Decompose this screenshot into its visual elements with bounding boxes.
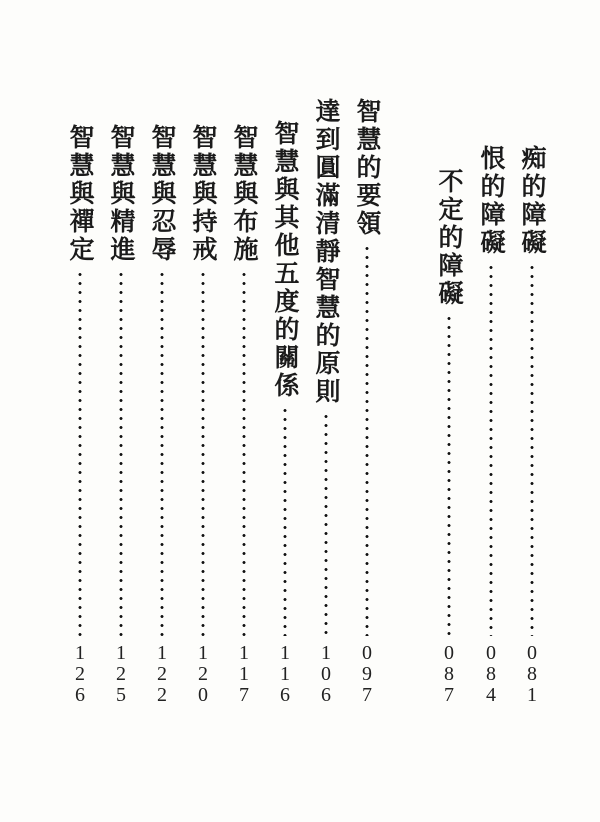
dot-leader	[489, 263, 493, 636]
page-number: 084	[476, 643, 506, 706]
toc-entry-title: 智慧與禪定	[65, 124, 95, 264]
dot-leader	[201, 270, 205, 636]
page-number: 125	[106, 643, 136, 706]
dot-leader	[119, 270, 123, 636]
toc-entry[interactable]: 智慧與禪定126	[65, 124, 95, 760]
page-number: 087	[434, 643, 464, 706]
page-number: 117	[229, 643, 259, 706]
toc-entry-title: 痴的障礙	[517, 145, 547, 257]
page-number: 097	[352, 643, 382, 706]
dot-leader	[78, 270, 82, 636]
toc-entry-title: 達到圓滿清靜智慧的原則	[311, 98, 341, 406]
toc-entry[interactable]: 智慧與其他五度的關係116	[270, 120, 300, 760]
toc-entry[interactable]: 恨的障礙084	[476, 145, 506, 760]
toc-entry-title: 智慧與其他五度的關係	[270, 120, 300, 400]
toc-entry[interactable]: 智慧與精進125	[106, 124, 136, 760]
page-number: 116	[270, 643, 300, 706]
dot-leader	[324, 412, 328, 636]
page-number: 120	[188, 643, 218, 706]
page-number: 122	[147, 643, 177, 706]
page-number: 106	[311, 643, 341, 706]
toc-entry[interactable]: 不定的障礙087	[434, 168, 464, 760]
dot-leader	[242, 270, 246, 636]
dot-leader	[447, 314, 451, 636]
dot-leader	[530, 263, 534, 636]
toc-entry[interactable]: 達到圓滿清靜智慧的原則106	[311, 98, 341, 760]
page-number: 081	[517, 643, 547, 706]
toc-entry[interactable]: 智慧與忍辱122	[147, 124, 177, 760]
toc-entry-title: 不定的障礙	[434, 168, 464, 308]
toc-entry[interactable]: 痴的障礙081	[517, 145, 547, 760]
toc-entry[interactable]: 智慧的要領097	[352, 98, 382, 760]
dot-leader	[365, 244, 369, 636]
toc-entry-title: 恨的障礙	[476, 145, 506, 257]
dot-leader	[160, 270, 164, 636]
toc-entry-title: 智慧與持戒	[188, 124, 218, 264]
toc-entry[interactable]: 智慧與布施117	[229, 124, 259, 760]
toc-entry-title: 智慧與精進	[106, 124, 136, 264]
toc-entry-title: 智慧與布施	[229, 124, 259, 264]
page-number: 126	[65, 643, 95, 706]
toc-entry-title: 智慧與忍辱	[147, 124, 177, 264]
toc-entry-title: 智慧的要領	[352, 98, 382, 238]
toc-entry[interactable]: 智慧與持戒120	[188, 124, 218, 760]
dot-leader	[283, 406, 287, 636]
